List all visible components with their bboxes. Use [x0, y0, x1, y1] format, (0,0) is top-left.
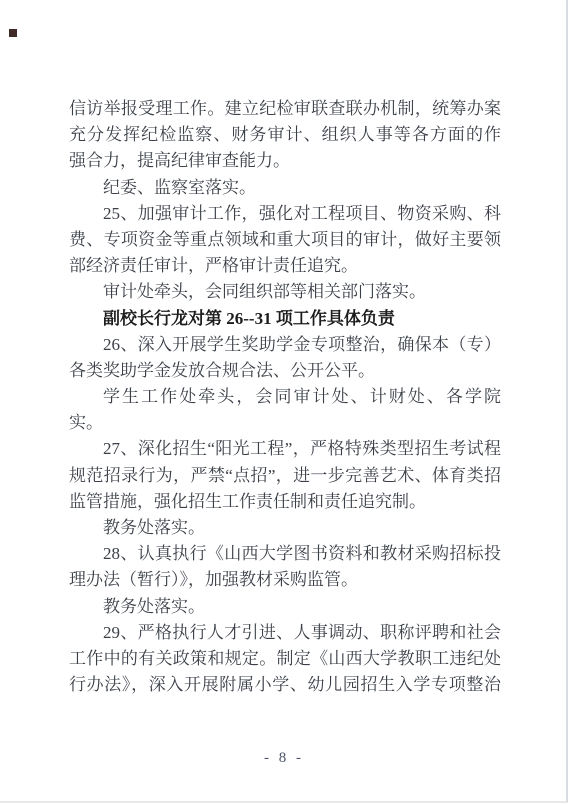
text-line: 费、专项资金等重点领域和重大项目的审计，做好主要领导干 [69, 227, 501, 253]
text-body: 信访举报受理工作。建立纪检审联查联办机制，统筹办案力量，充分发挥纪检监察、财务审… [69, 96, 501, 698]
text-line: 各类奖助学金发放合规合法、公开公平。 [69, 358, 501, 384]
text-line: 信访举报受理工作。建立纪检审联查联办机制，统筹办案力量， [69, 96, 501, 122]
text-line: 实。 [69, 410, 501, 436]
document-page: 信访举报受理工作。建立纪检审联查联办机制，统筹办案力量，充分发挥纪检监察、财务审… [0, 0, 568, 803]
text-line: 26、深入开展学生奖助学金专项整治，确保本（专）科生 [69, 332, 501, 358]
text-line: 25、加强审计工作，强化对工程项目、物资采购、科研经 [69, 201, 501, 227]
heading-line: 副校长行龙对第 26--31 项工作具体负责 [69, 306, 501, 332]
text-line: 规范招录行为，严禁“点招”，进一步完善艺术、体育类招生的 [69, 463, 501, 489]
text-line: 28、认真执行《山西大学图书资料和教材采购招标投标管 [69, 541, 501, 567]
scan-artifact-mark [9, 29, 17, 37]
text-line: 行办法》，深入开展附属小学、幼儿园招生入学专项整治工作， [69, 672, 501, 698]
text-line: 审计处牵头，会同组织部等相关部门落实。 [69, 279, 501, 305]
text-line: 理办法（暂行）》，加强教材采购监管。 [69, 567, 501, 593]
text-line: 教务处落实。 [69, 515, 501, 541]
text-line: 纪委、监察室落实。 [69, 175, 501, 201]
text-line: 监管措施，强化招生工作责任制和责任追究制。 [69, 489, 501, 515]
text-line: 部经济责任审计，严格审计责任追究。 [69, 253, 501, 279]
text-line: 29、严格执行人才引进、人事调动、职称评聘和社会保障 [69, 620, 501, 646]
text-line: 充分发挥纪检监察、财务审计、组织人事等各方面的作用，增 [69, 122, 501, 148]
text-line: 强合力，提高纪律审查能力。 [69, 148, 501, 174]
text-line: 工作中的有关政策和规定。制定《山西大学教职工违纪处分暂 [69, 646, 501, 672]
text-line: 学生工作处牵头，会同审计处、计财处、各学院（系）落 [69, 384, 501, 410]
text-line: 27、深化招生“阳光工程”，严格特殊类型招生考试程序， [69, 436, 501, 462]
page-number: - 8 - [0, 748, 568, 768]
text-line: 教务处落实。 [69, 594, 501, 620]
